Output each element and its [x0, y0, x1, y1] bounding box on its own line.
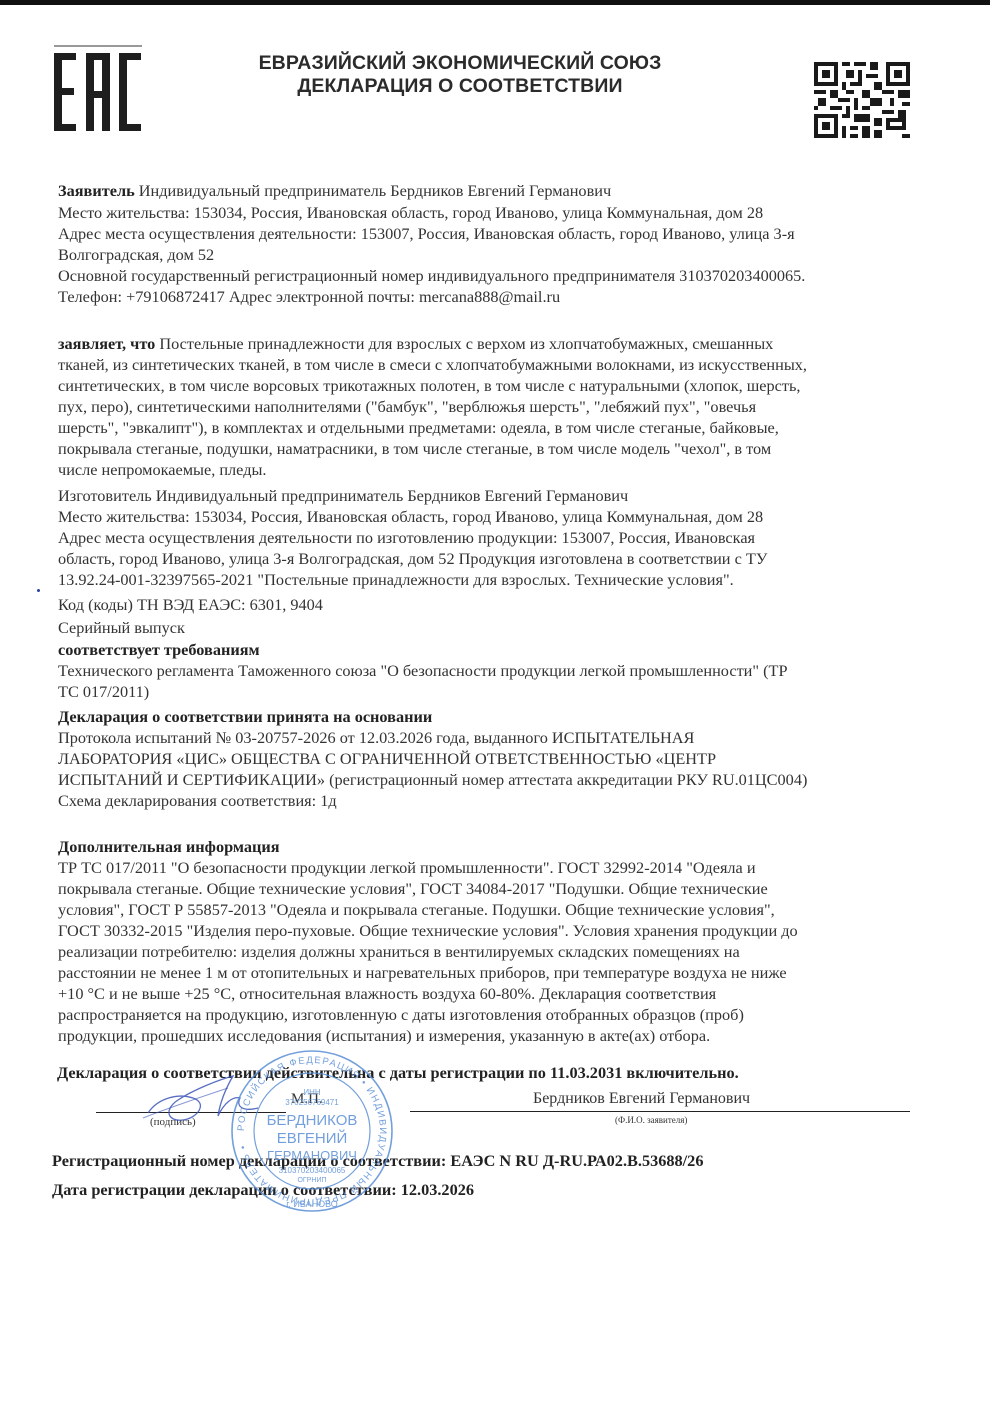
- scan-dot: [37, 589, 40, 592]
- header-line-2: ДЕКЛАРАЦИЯ О СООТВЕТСТВИИ: [200, 75, 720, 98]
- statement-text-0: Постельные принадлежности для взрослых с…: [155, 334, 773, 353]
- applicant-label: Заявитель: [58, 181, 135, 200]
- signer-caption: (Ф.И.О. заявителя): [615, 1115, 687, 1125]
- validity-statement: Декларация о соответствии действительна …: [57, 1062, 739, 1083]
- applicant-activity-address-1: Адрес места осуществления деятельности: …: [58, 223, 795, 244]
- manufacturer-line-3: область, город Иваново, улица 3-я Волгог…: [58, 548, 767, 569]
- registration-number: Регистрационный номер декларации о соотв…: [52, 1150, 703, 1171]
- statement-text-4: шерсть", "эвкалипт"), в комплектах и отд…: [58, 417, 779, 438]
- additional-line-2: условия", ГОСТ Р 55857-2013 "Одеяла и по…: [58, 899, 775, 920]
- applicant-residence: Место жительства: 153034, Россия, Иванов…: [58, 202, 763, 223]
- qr-code-icon[interactable]: [814, 62, 910, 138]
- additional-line-7: распространяется на продукцию, изготовле…: [58, 1004, 744, 1025]
- additional-line-1: покрывала стеганые. Общие технические ус…: [58, 878, 768, 899]
- additional-line-8: продукции, прошедших исследования (испыт…: [58, 1025, 710, 1046]
- svg-text:г. ИВАНОВО: г. ИВАНОВО: [286, 1199, 338, 1209]
- signer-name: Бердников Евгений Германович: [533, 1088, 750, 1109]
- signer-name-line: [410, 1111, 910, 1112]
- statement-text-2: синтетических, в том числе ворсовых трик…: [58, 375, 801, 396]
- manufacturer-line-1: Место жительства: 153034, Россия, Иванов…: [58, 506, 763, 527]
- manufacturer-line-0: Изготовитель Индивидуальный предпринимат…: [58, 485, 628, 506]
- additional-line-3: ГОСТ 30332-2015 "Изделия перо-пуховые. О…: [58, 920, 798, 941]
- signature-caption: (подпись): [150, 1116, 196, 1128]
- seal-place-label: М.П.: [291, 1091, 323, 1108]
- signature-line: [96, 1112, 286, 1113]
- basis-line-1: ЛАБОРАТОРИЯ «ЦИС» ОБЩЕСТВА С ОГРАНИЧЕННО…: [58, 748, 716, 769]
- statement-line: заявляет, что Постельные принадлежности …: [58, 333, 773, 354]
- svg-text:ЕВГЕНИЙ: ЕВГЕНИЙ: [277, 1129, 348, 1147]
- statement-text-1: тканей, из синтетических тканей, в том ч…: [58, 354, 807, 375]
- eac-logo: [52, 45, 144, 131]
- applicant-ogrnip: Основной государственный регистрационный…: [58, 265, 805, 286]
- applicant-activity-address-2: Волгоградская, дом 52: [58, 244, 214, 265]
- manufacturer-line-2: Адрес места осуществления деятельности п…: [58, 527, 755, 548]
- requirements-line-0: Технического регламента Таможенного союз…: [58, 660, 788, 681]
- logo-rule: [54, 45, 142, 47]
- additional-line-0: ТР ТС 017/2011 "О безопасности продукции…: [58, 857, 756, 878]
- statement-label: заявляет, что: [58, 334, 155, 353]
- additional-line-6: +10 °С и не выше +25 °С, относительная в…: [58, 983, 716, 1004]
- requirements-line-1: ТС 017/2011): [58, 681, 149, 702]
- release-type: Серийный выпуск: [58, 617, 185, 638]
- basis-line-3: Схема декларирования соответствия: 1д: [58, 790, 337, 811]
- registration-date: Дата регистрации декларации о соответств…: [52, 1179, 474, 1200]
- basis-line-0: Протокола испытаний № 03-20757-2026 от 1…: [58, 727, 694, 748]
- svg-text:БЕРДНИКОВ: БЕРДНИКОВ: [267, 1112, 358, 1129]
- document-header: ЕВРАЗИЙСКИЙ ЭКОНОМИЧЕСКИЙ СОЮЗ ДЕКЛАРАЦИ…: [200, 52, 720, 98]
- statement-text-3: пух, перо), синтетическими наполнителями…: [58, 396, 756, 417]
- basis-line-2: ИСПЫТАНИЙ И СЕРТИФИКАЦИИ» (регистрационн…: [58, 769, 807, 790]
- statement-text-5: покрывала стеганые, подушки, наматрасник…: [58, 438, 771, 459]
- manufacturer-line-4: 13.92.24-001-32397565-2021 "Постельные п…: [58, 569, 734, 590]
- eac-mark-icon: [52, 53, 144, 131]
- basis-label: Декларация о соответствии принята на осн…: [58, 706, 432, 727]
- additional-line-4: реализации потребителю: изделия должны х…: [58, 941, 740, 962]
- scan-border: [0, 0, 990, 5]
- additional-label: Дополнительная информация: [58, 836, 280, 857]
- applicant-line: Заявитель Индивидуальный предприниматель…: [58, 180, 611, 201]
- header-line-1: ЕВРАЗИЙСКИЙ ЭКОНОМИЧЕСКИЙ СОЮЗ: [200, 52, 720, 75]
- tn-ved-codes: Код (коды) ТН ВЭД ЕАЭС: 6301, 9404: [58, 594, 323, 615]
- applicant-name: Индивидуальный предприниматель Бердников…: [135, 181, 611, 200]
- additional-line-5: расстоянии не менее 1 м от отопительных …: [58, 962, 787, 983]
- statement-text-6: числе непромокаемые, пледы.: [58, 459, 266, 480]
- requirements-label: соответствует требованиям: [58, 639, 260, 660]
- applicant-contacts: Телефон: +79106872417 Адрес электронной …: [58, 286, 560, 307]
